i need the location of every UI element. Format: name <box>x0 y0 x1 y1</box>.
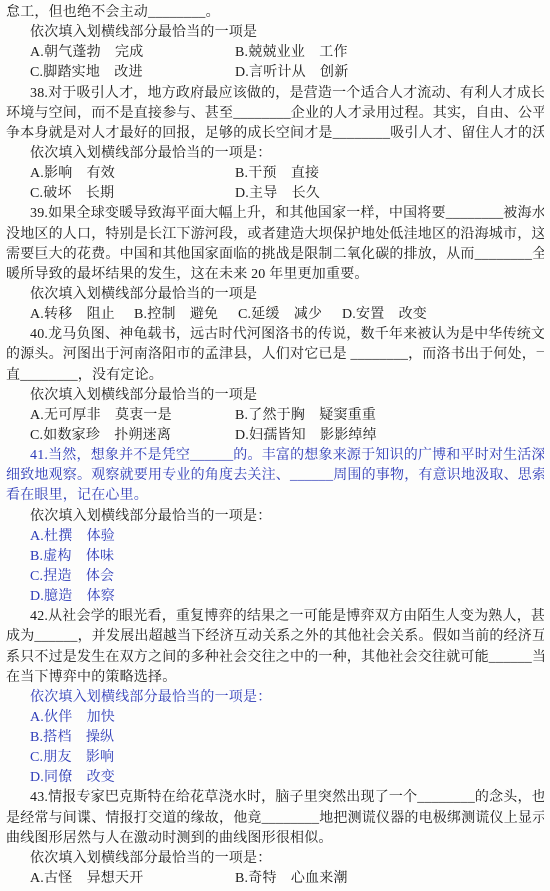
option-item: D.言听计从 创新 <box>235 63 348 83</box>
option-item: A.影响 有效 <box>30 164 235 184</box>
question-text-line: 在当下博弈中的策略选择。 <box>6 668 544 688</box>
answer-prompt-line: 依次填入划横线部分最恰当的一项是 <box>6 23 544 43</box>
answer-prompt-line: 依次填入划横线部分最恰当的一项是 <box>6 285 544 305</box>
question-text-line: 曲线图形居然与人在激动时测到的曲线图形很相似。 <box>6 829 544 849</box>
question-text-line: 41.当然，想象并不是凭空______的。丰富的想象来源于知识的广博和平时对生活… <box>6 446 544 466</box>
option-item: A.无可厚非 莫衷一是 <box>30 406 235 426</box>
question-text-line: 暖所导致的最坏结果的发生，这在未来 20 年里更加重要。 <box>6 265 544 285</box>
question-text-line: 直________，没有定论。 <box>6 366 544 386</box>
question-text-line: 39.如果全球变暖导致海平面大幅上升，和其他国家一样，中国将要________被… <box>6 204 544 224</box>
answer-prompt-line: 依次填入划横线部分最恰当的一项是： <box>6 507 544 527</box>
exam-page: 怠工，但也绝不会主动________。依次填入划横线部分最恰当的一项是A.朝气蓬… <box>0 0 550 891</box>
option-item: A.转移 阻止 <box>30 305 134 325</box>
option-item: B.兢兢业业 工作 <box>235 43 348 63</box>
option-row: C.如数家珍 扑朔迷离D.妇孺皆知 影影绰绰 <box>6 426 544 446</box>
option-row: A.影响 有效B.干预 直接 <box>6 164 544 184</box>
question-text-line: 38.对于吸引人才，地方政府最应该做的，是营造一个适合人才流动、有利人才成长的 <box>6 84 544 104</box>
question-text-line: C.捏造 体会 <box>6 567 544 587</box>
question-text-line: B.虚构 体味 <box>6 547 544 567</box>
option-item: A.古怪 异想天开 <box>30 869 235 889</box>
question-text-line: 成为______，并发展出超越当下经济互动关系之外的其他社会关系。假如当前的经济… <box>6 627 544 647</box>
question-text-line: 看在眼里，记在心里。 <box>6 486 544 506</box>
answer-prompt-line: 依次填入划横线部分最恰当的一项是： <box>6 144 544 164</box>
question-text-line: A.杜撰 体验 <box>6 527 544 547</box>
question-text-line: C.朋友 影响 <box>6 748 544 768</box>
option-item: D.主导 长久 <box>235 184 320 204</box>
option-item: D.妇孺皆知 影影绰绰 <box>235 426 377 446</box>
option-item: D.安置 改变 <box>342 305 427 325</box>
question-text-line: 43.情报专家巴克斯特在给花草浇水时，脑子里突然出现了一个________的念头… <box>6 788 544 808</box>
option-row: A.古怪 异想天开B.奇特 心血来潮 <box>6 869 544 889</box>
question-text-line: 争本身就是对人才最好的回报，足够的成长空间才是________吸引人才、留住人才… <box>6 124 544 144</box>
option-row: A.转移 阻止B.控制 避免C.延缓 减少D.安置 改变 <box>6 305 544 325</box>
question-text-line: 没地区的人口，特别是长江下游河段，或者建造大坝保护地处低洼地区的沿海城市，这些都 <box>6 225 544 245</box>
answer-prompt-line: 依次填入划横线部分最恰当的一项是： <box>6 849 544 869</box>
question-text-line: B.搭档 操纵 <box>6 728 544 748</box>
question-text-line: 系只不过是发生在双方之间的多种社会交往之中的一种，其他社会交往就可能______… <box>6 648 544 668</box>
option-item: B.了然于胸 疑窦重重 <box>235 406 376 426</box>
text-lines: 怠工，但也绝不会主动________。依次填入划横线部分最恰当的一项是A.朝气蓬… <box>6 3 544 889</box>
option-row: A.朝气蓬勃 完成B.兢兢业业 工作 <box>6 43 544 63</box>
option-row: C.破坏 长期D.主导 长久 <box>6 184 544 204</box>
answer-prompt-line: 依次填入划横线部分最恰当的一项是： <box>6 688 544 708</box>
question-text-line: 40.龙马负图、神龟载书，远古时代河图洛书的传说，数千年来被认为是中华传统文化 <box>6 325 544 345</box>
option-item: B.干预 直接 <box>235 164 319 184</box>
question-text-line: 细致地观察。观察就要用专业的角度去关注、______周围的事物，有意识地汲取、思… <box>6 466 544 486</box>
option-item: C.破坏 长期 <box>30 184 235 204</box>
option-row: C.脚踏实地 改进D.言听计从 创新 <box>6 63 544 83</box>
question-text-line: 42.从社会学的眼光看，重复博弈的结果之一可能是博弈双方由陌生人变为熟人，甚至 <box>6 607 544 627</box>
option-item: A.朝气蓬勃 完成 <box>30 43 235 63</box>
question-text-line: 是经常与间谍、情报打交道的缘故，他竟________地把测谎仪器的电极绑测谎仪上… <box>6 809 544 829</box>
option-item: C.脚踏实地 改进 <box>30 63 235 83</box>
question-text-line: 的源头。河图出于河南洛阳市的孟津县，人们对它已是 ________，而洛书出于何… <box>6 345 544 365</box>
question-text-line: A.伙伴 加快 <box>6 708 544 728</box>
option-item: B.控制 避免 <box>134 305 238 325</box>
answer-prompt-line: 依次填入划横线部分最恰当的一项是 <box>6 386 544 406</box>
question-text-line: D.臆造 体察 <box>6 587 544 607</box>
question-text-line: 需要巨大的花费。中国和其他国家面临的挑战是限制二氧化碳的排放，从而_______… <box>6 245 544 265</box>
option-item: C.延缓 减少 <box>238 305 342 325</box>
option-item: C.如数家珍 扑朔迷离 <box>30 426 235 446</box>
option-row: A.无可厚非 莫衷一是B.了然于胸 疑窦重重 <box>6 406 544 426</box>
question-text-line: 怠工，但也绝不会主动________。 <box>6 3 544 23</box>
question-text-line: D.同僚 改变 <box>6 768 544 788</box>
question-text-line: 环境与空间，而不是直接参与、甚至________企业的人才录用过程。其实，自由、… <box>6 104 544 124</box>
option-item: B.奇特 心血来潮 <box>235 869 348 889</box>
